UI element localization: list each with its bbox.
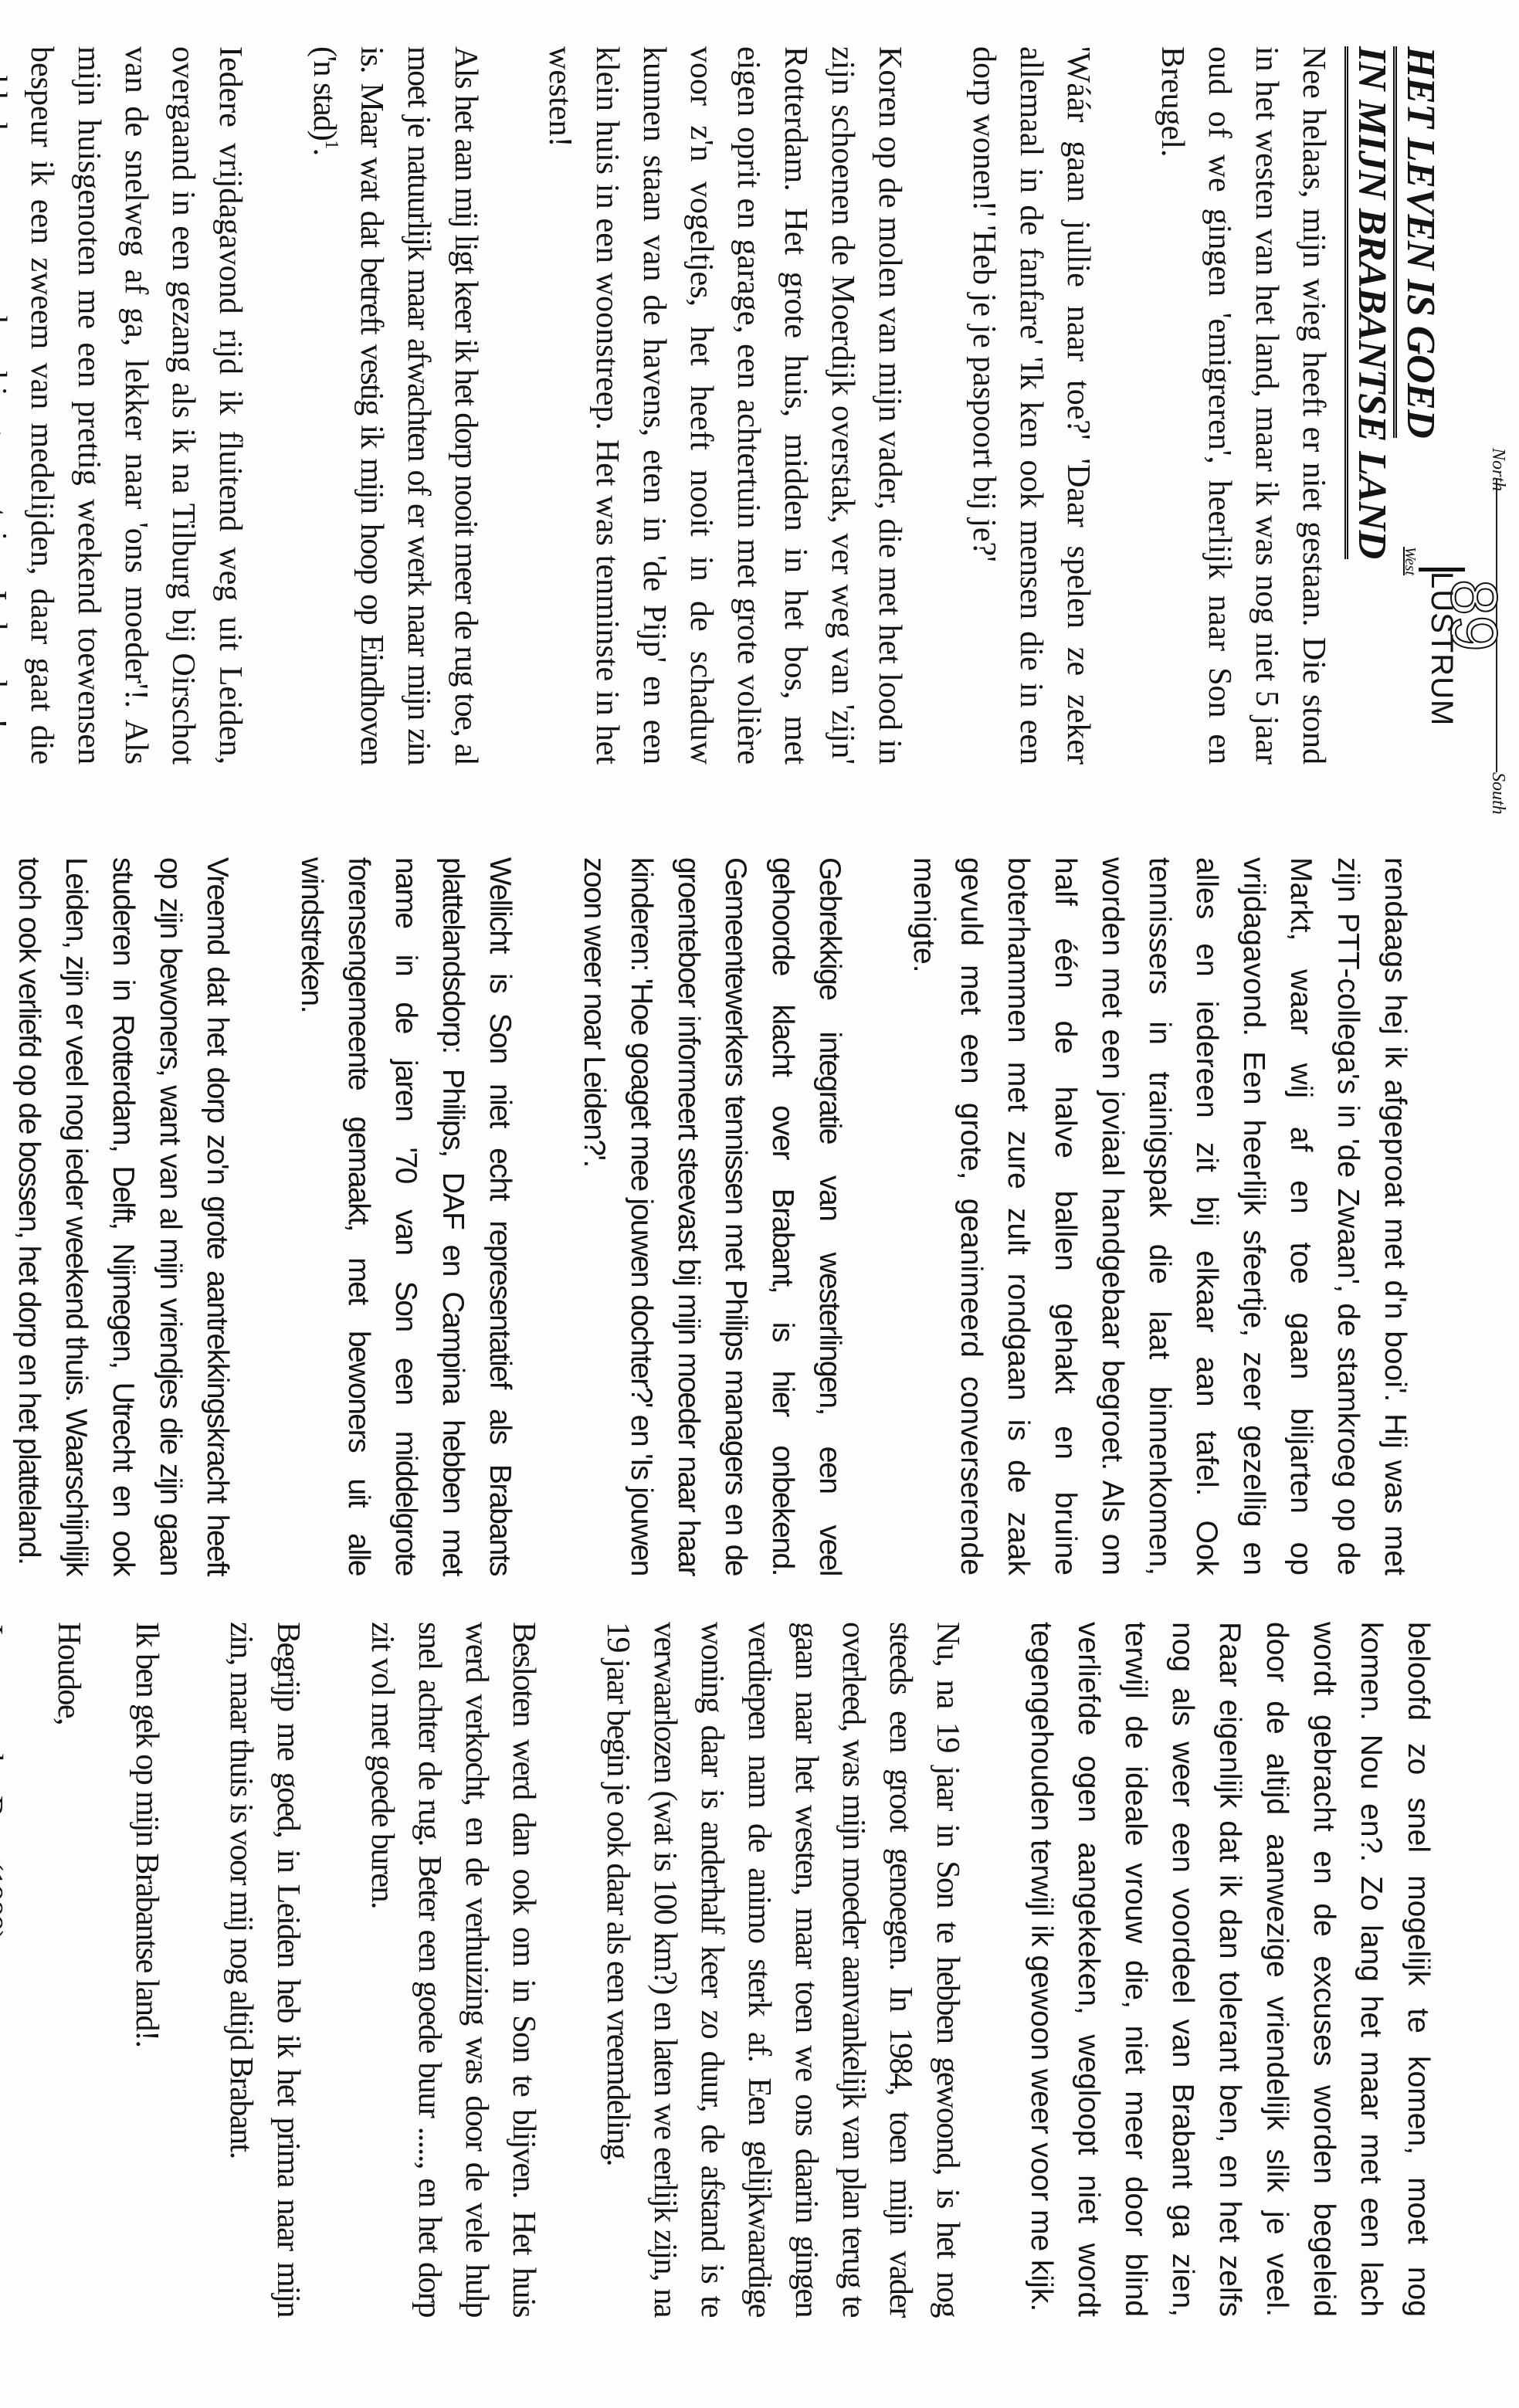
footnote-reference[interactable]: 1: [321, 140, 341, 148]
paragraph: Vreemd dat het dorp zo'n grote aantrekki…: [5, 857, 241, 1575]
paragraph: Nu, na 19 jaar in Son te hebben gewoond,…: [594, 1622, 971, 2317]
paragraph-with-footnote: Als het aan mij ligt keer ik het dorp no…: [300, 46, 489, 765]
paragraph: Koren op de molen van mijn vader, die me…: [536, 46, 913, 765]
article-column-1: HET LEVEN IS GOED IN MIJN BRABANTSE LAND…: [0, 46, 1442, 765]
paragraph: rendaags hej ik afgeproat met d'n booi'.…: [900, 857, 1419, 1575]
paragraph: Iedere vrijdagavond rijd ik fluitend weg…: [0, 46, 253, 765]
logo-west-label: West: [1401, 547, 1419, 575]
title-line-1: HET LEVEN IS GOED: [1393, 46, 1442, 438]
paragraph: Wellicht is Son niet echt representatief…: [288, 857, 524, 1575]
logo-lustrum-label: LUSTRUM: [1424, 571, 1459, 726]
paragraph: Begrijp me goed, in Leiden heb ik het pr…: [217, 1622, 311, 2317]
document-page: HET LEVEN IS GOED IN MIJN BRABANTSE LAND…: [0, 0, 1519, 2408]
paragraph-text: Als het aan mij ligt keer ik het dorp no…: [307, 46, 483, 765]
author-signature: Jacco van den Berg (1989): [0, 1622, 14, 2317]
closing-line: Ik ben gek op mijn Brabantse land!.: [123, 1622, 170, 2317]
greeting: Houdoe,: [45, 1622, 92, 2317]
article-column-3: beloofd zo snel mogelijk te komen, moet …: [0, 1622, 1442, 2317]
paragraph: Gebrekkige integratie van westerlingen, …: [571, 857, 853, 1575]
paragraph: beloofd zo snel mogelijk te komen, moet …: [1018, 1622, 1442, 2317]
paragraph: 'Wáár gaan jullie naar toe?' 'Daar spele…: [960, 46, 1101, 765]
paragraph: Besloten werd dan ook om in Son te blijv…: [358, 1622, 547, 2317]
article-column-2: rendaags hej ik afgeproat met d'n booi'.…: [0, 857, 1419, 1575]
logo-south-label: South: [1487, 772, 1508, 815]
logo-north-label: North: [1487, 448, 1508, 491]
lustrum-logo-icon: North 89 South LUSTRUM West: [1388, 432, 1511, 834]
paragraph: Nee helaas, mijn wieg heeft er niet gest…: [1148, 46, 1337, 765]
sign-off: Ik ben gek op mijn Brabantse land!. Houd…: [0, 1622, 170, 2317]
title-line-2: IN MIJN BRABANTSE LAND: [1344, 46, 1393, 559]
